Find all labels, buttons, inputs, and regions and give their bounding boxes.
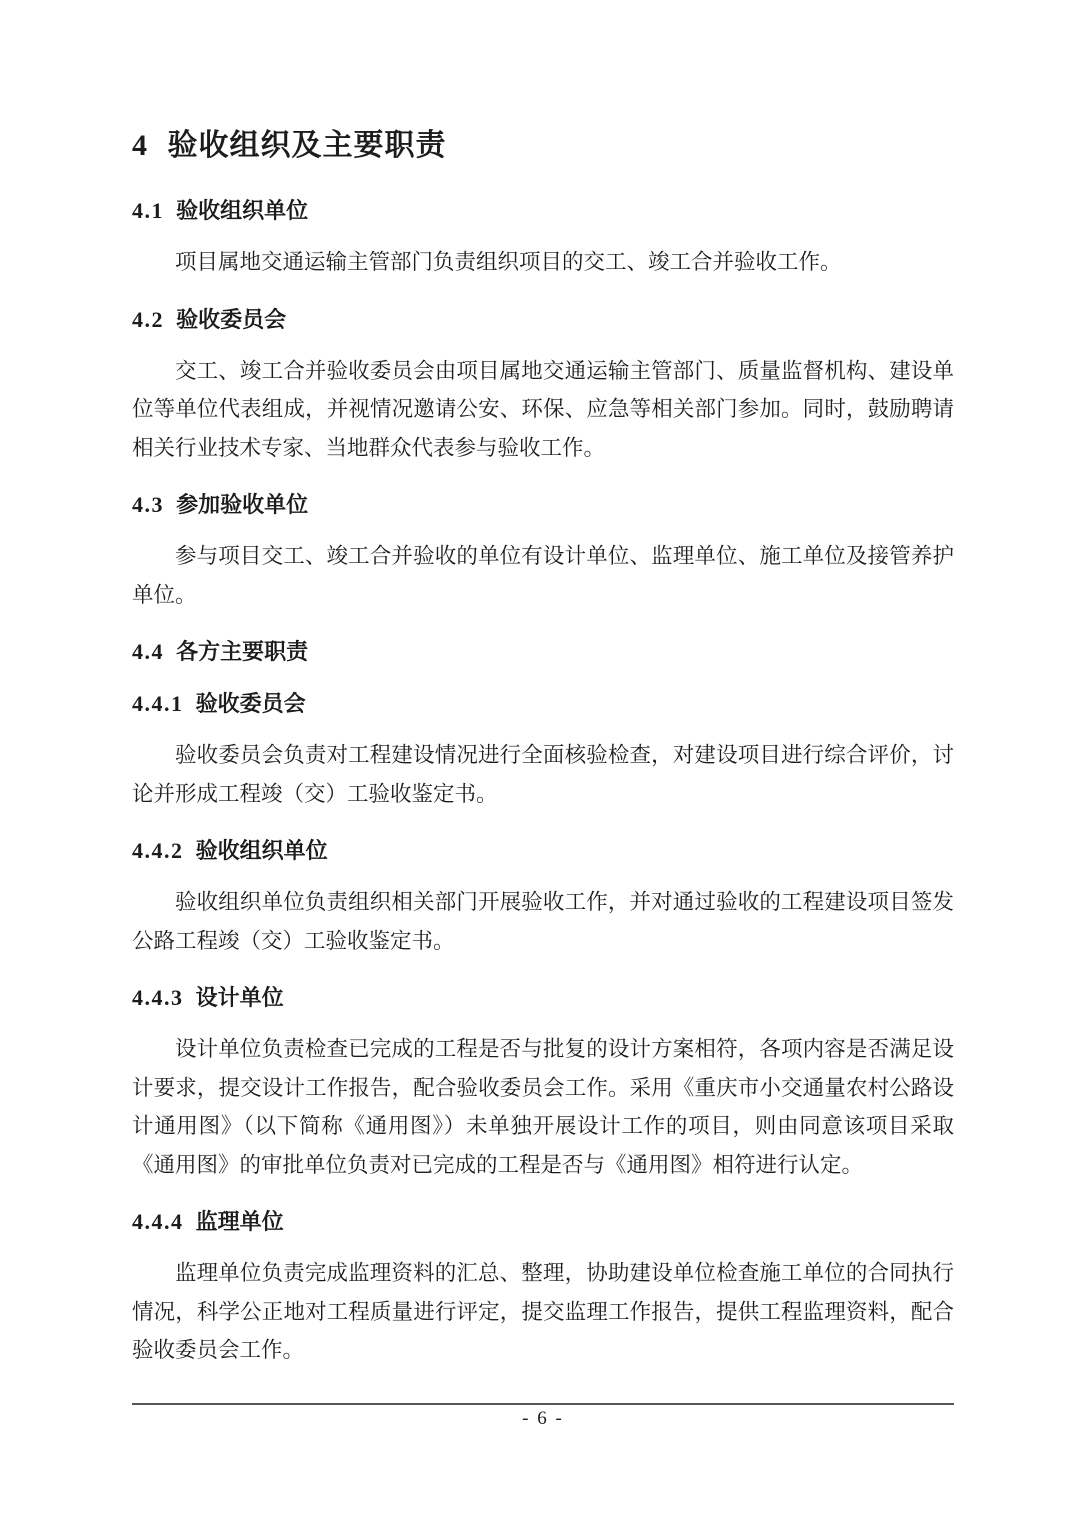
chapter-number: 4 (132, 129, 148, 162)
section-heading: 4.4.4监理单位 (132, 1208, 954, 1236)
paragraph: 交工、竣工合并验收委员会由项目属地交通运输主管部门、质量监督机构、建设单位等单位… (132, 352, 954, 468)
section-heading: 4.4.1验收委员会 (132, 690, 954, 718)
footer-rule: - 6 - (132, 1403, 954, 1430)
section-number: 4.4.3 (132, 985, 184, 1010)
section-title-text: 设计单位 (196, 985, 284, 1010)
section-title-text: 验收组织单位 (196, 838, 328, 863)
paragraph: 验收组织单位负责组织相关部门开展验收工作，并对通过验收的工程建设项目签发公路工程… (132, 883, 954, 960)
section-heading: 4.2验收委员会 (132, 306, 954, 334)
document-page: 4验收组织及主要职责 4.1验收组织单位 项目属地交通运输主管部门负责组织项目的… (0, 0, 1074, 1520)
section-4-1: 4.1验收组织单位 项目属地交通运输主管部门负责组织项目的交工、竣工合并验收工作… (132, 197, 954, 282)
section-heading: 4.4.3设计单位 (132, 984, 954, 1012)
section-title-text: 验收组织单位 (176, 198, 308, 223)
section-number: 4.1 (132, 198, 164, 223)
paragraph: 设计单位负责检查已完成的工程是否与批复的设计方案相符，各项内容是否满足设计要求，… (132, 1030, 954, 1184)
chapter-title-text: 验收组织及主要职责 (168, 129, 447, 162)
section-number: 4.4.1 (132, 691, 184, 716)
section-title-text: 各方主要职责 (176, 639, 308, 664)
section-title-text: 验收委员会 (196, 691, 306, 716)
paragraph: 监理单位负责完成监理资料的汇总、整理，协助建设单位检查施工单位的合同执行情况，科… (132, 1254, 954, 1370)
section-number: 4.4.2 (132, 838, 184, 863)
section-number: 4.4 (132, 639, 164, 664)
section-4-4-3: 4.4.3设计单位 设计单位负责检查已完成的工程是否与批复的设计方案相符，各项内… (132, 984, 954, 1184)
paragraph: 项目属地交通运输主管部门负责组织项目的交工、竣工合并验收工作。 (132, 243, 954, 282)
section-4-2: 4.2验收委员会 交工、竣工合并验收委员会由项目属地交通运输主管部门、质量监督机… (132, 306, 954, 468)
section-heading: 4.1验收组织单位 (132, 197, 954, 225)
section-heading: 4.4.2验收组织单位 (132, 837, 954, 865)
section-heading: 4.4各方主要职责 (132, 638, 954, 666)
section-heading: 4.3参加验收单位 (132, 491, 954, 519)
section-number: 4.3 (132, 492, 164, 517)
section-title-text: 参加验收单位 (176, 492, 308, 517)
section-number: 4.4.4 (132, 1209, 184, 1234)
paragraph: 参与项目交工、竣工合并验收的单位有设计单位、监理单位、施工单位及接管养护单位。 (132, 537, 954, 614)
paragraph: 验收委员会负责对工程建设情况进行全面核验检查，对建设项目进行综合评价，讨论并形成… (132, 736, 954, 813)
section-4-3: 4.3参加验收单位 参与项目交工、竣工合并验收的单位有设计单位、监理单位、施工单… (132, 491, 954, 614)
page-number: - 6 - (522, 1408, 564, 1430)
section-number: 4.2 (132, 307, 164, 332)
chapter-heading: 4验收组织及主要职责 (132, 128, 954, 164)
section-title-text: 验收委员会 (176, 307, 286, 332)
section-4-4-4: 4.4.4监理单位 监理单位负责完成监理资料的汇总、整理，协助建设单位检查施工单… (132, 1208, 954, 1370)
section-4-4-1: 4.4.1验收委员会 验收委员会负责对工程建设情况进行全面核验检查，对建设项目进… (132, 690, 954, 813)
section-title-text: 监理单位 (196, 1209, 284, 1234)
section-4-4-2: 4.4.2验收组织单位 验收组织单位负责组织相关部门开展验收工作，并对通过验收的… (132, 837, 954, 960)
section-4-4: 4.4各方主要职责 (132, 638, 954, 666)
